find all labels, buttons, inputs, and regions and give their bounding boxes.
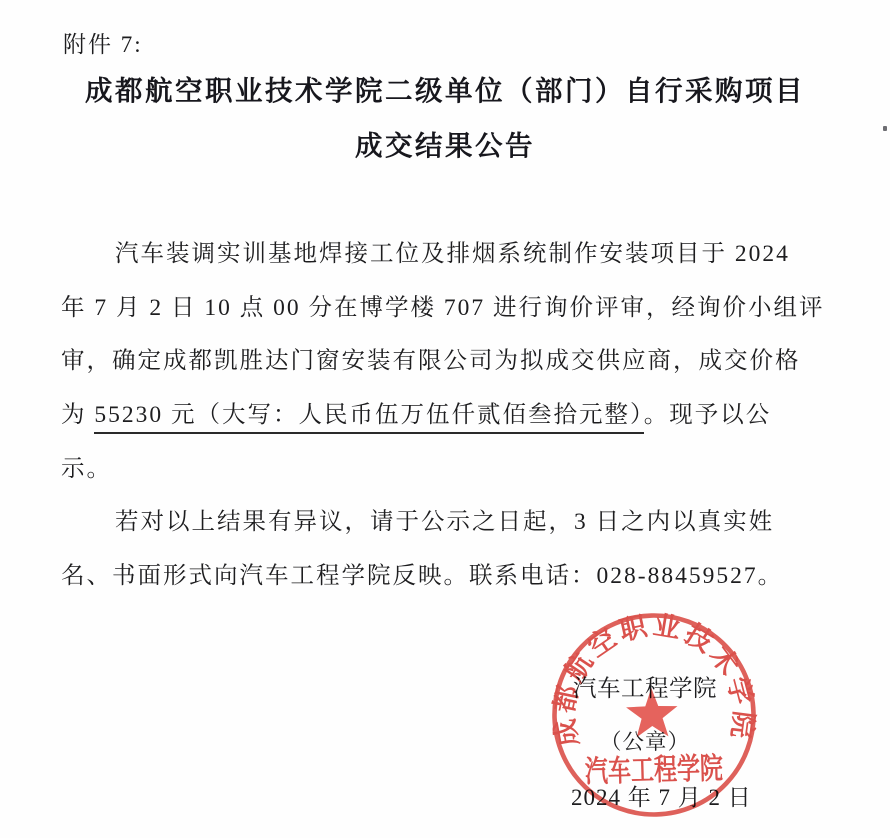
- document-title: 成都航空职业技术学院二级单位（部门）自行采购项目 成交结果公告: [0, 63, 890, 173]
- star-icon: [626, 687, 679, 737]
- seal-ring-text: 成都航空职业技术学院: [546, 607, 760, 749]
- seal-bottom-text: 汽车工程学院: [585, 752, 724, 789]
- body-line: 审，确定成都凯胜达门窗安装有限公司为拟成交供应商，成交价格: [61, 335, 861, 389]
- underlined-price-text: 55230 元（大写：人民币伍万伍仟贰佰叁拾元整）: [94, 402, 643, 434]
- body-text-segment: 汽车装调实训基地焊接工位及排烟系统制作安装项目于 2024: [115, 241, 790, 267]
- body-line: 若对以上结果有异议，请于公示之日起，3 日之内以真实姓: [61, 496, 861, 550]
- body-line: 名、书面形式向汽车工程学院反映。联系电话：028-88459527。: [61, 550, 861, 604]
- title-line-2: 成交结果公告: [0, 118, 890, 173]
- scan-artifact: [883, 126, 887, 131]
- body-line: 为 55230 元（大写：人民币伍万伍仟贰佰叁拾元整）。现予以公: [61, 389, 861, 443]
- official-seal: 成都航空职业技术学院 汽车工程学院: [545, 605, 763, 824]
- attachment-label: 附件 7:: [63, 26, 143, 59]
- body-line: 汽车装调实训基地焊接工位及排烟系统制作安装项目于 2024: [61, 228, 861, 282]
- body-text-segment: 示。: [61, 456, 112, 482]
- body-text-segment: 为: [61, 402, 94, 428]
- title-line-1: 成都航空职业技术学院二级单位（部门）自行采购项目: [0, 63, 890, 118]
- document-body: 汽车装调实训基地焊接工位及排烟系统制作安装项目于 2024年 7 月 2 日 1…: [61, 228, 861, 604]
- body-line: 年 7 月 2 日 10 点 00 分在博学楼 707 进行询价评审，经询价小组…: [61, 282, 861, 336]
- body-text-segment: 年 7 月 2 日 10 点 00 分在博学楼 707 进行询价评审，经询价小组…: [61, 295, 825, 321]
- document-page: 附件 7: 成都航空职业技术学院二级单位（部门）自行采购项目 成交结果公告 汽车…: [0, 0, 890, 838]
- body-text-segment: 审，确定成都凯胜达门窗安装有限公司为拟成交供应商，成交价格: [61, 348, 801, 374]
- body-text-segment: 名、书面形式向汽车工程学院反映。联系电话：028-88459527。: [61, 563, 783, 589]
- body-line: 示。: [61, 443, 861, 497]
- body-text-segment: 若对以上结果有异议，请于公示之日起，3 日之内以真实姓: [115, 509, 774, 535]
- body-text-segment: 。现予以公: [644, 402, 772, 428]
